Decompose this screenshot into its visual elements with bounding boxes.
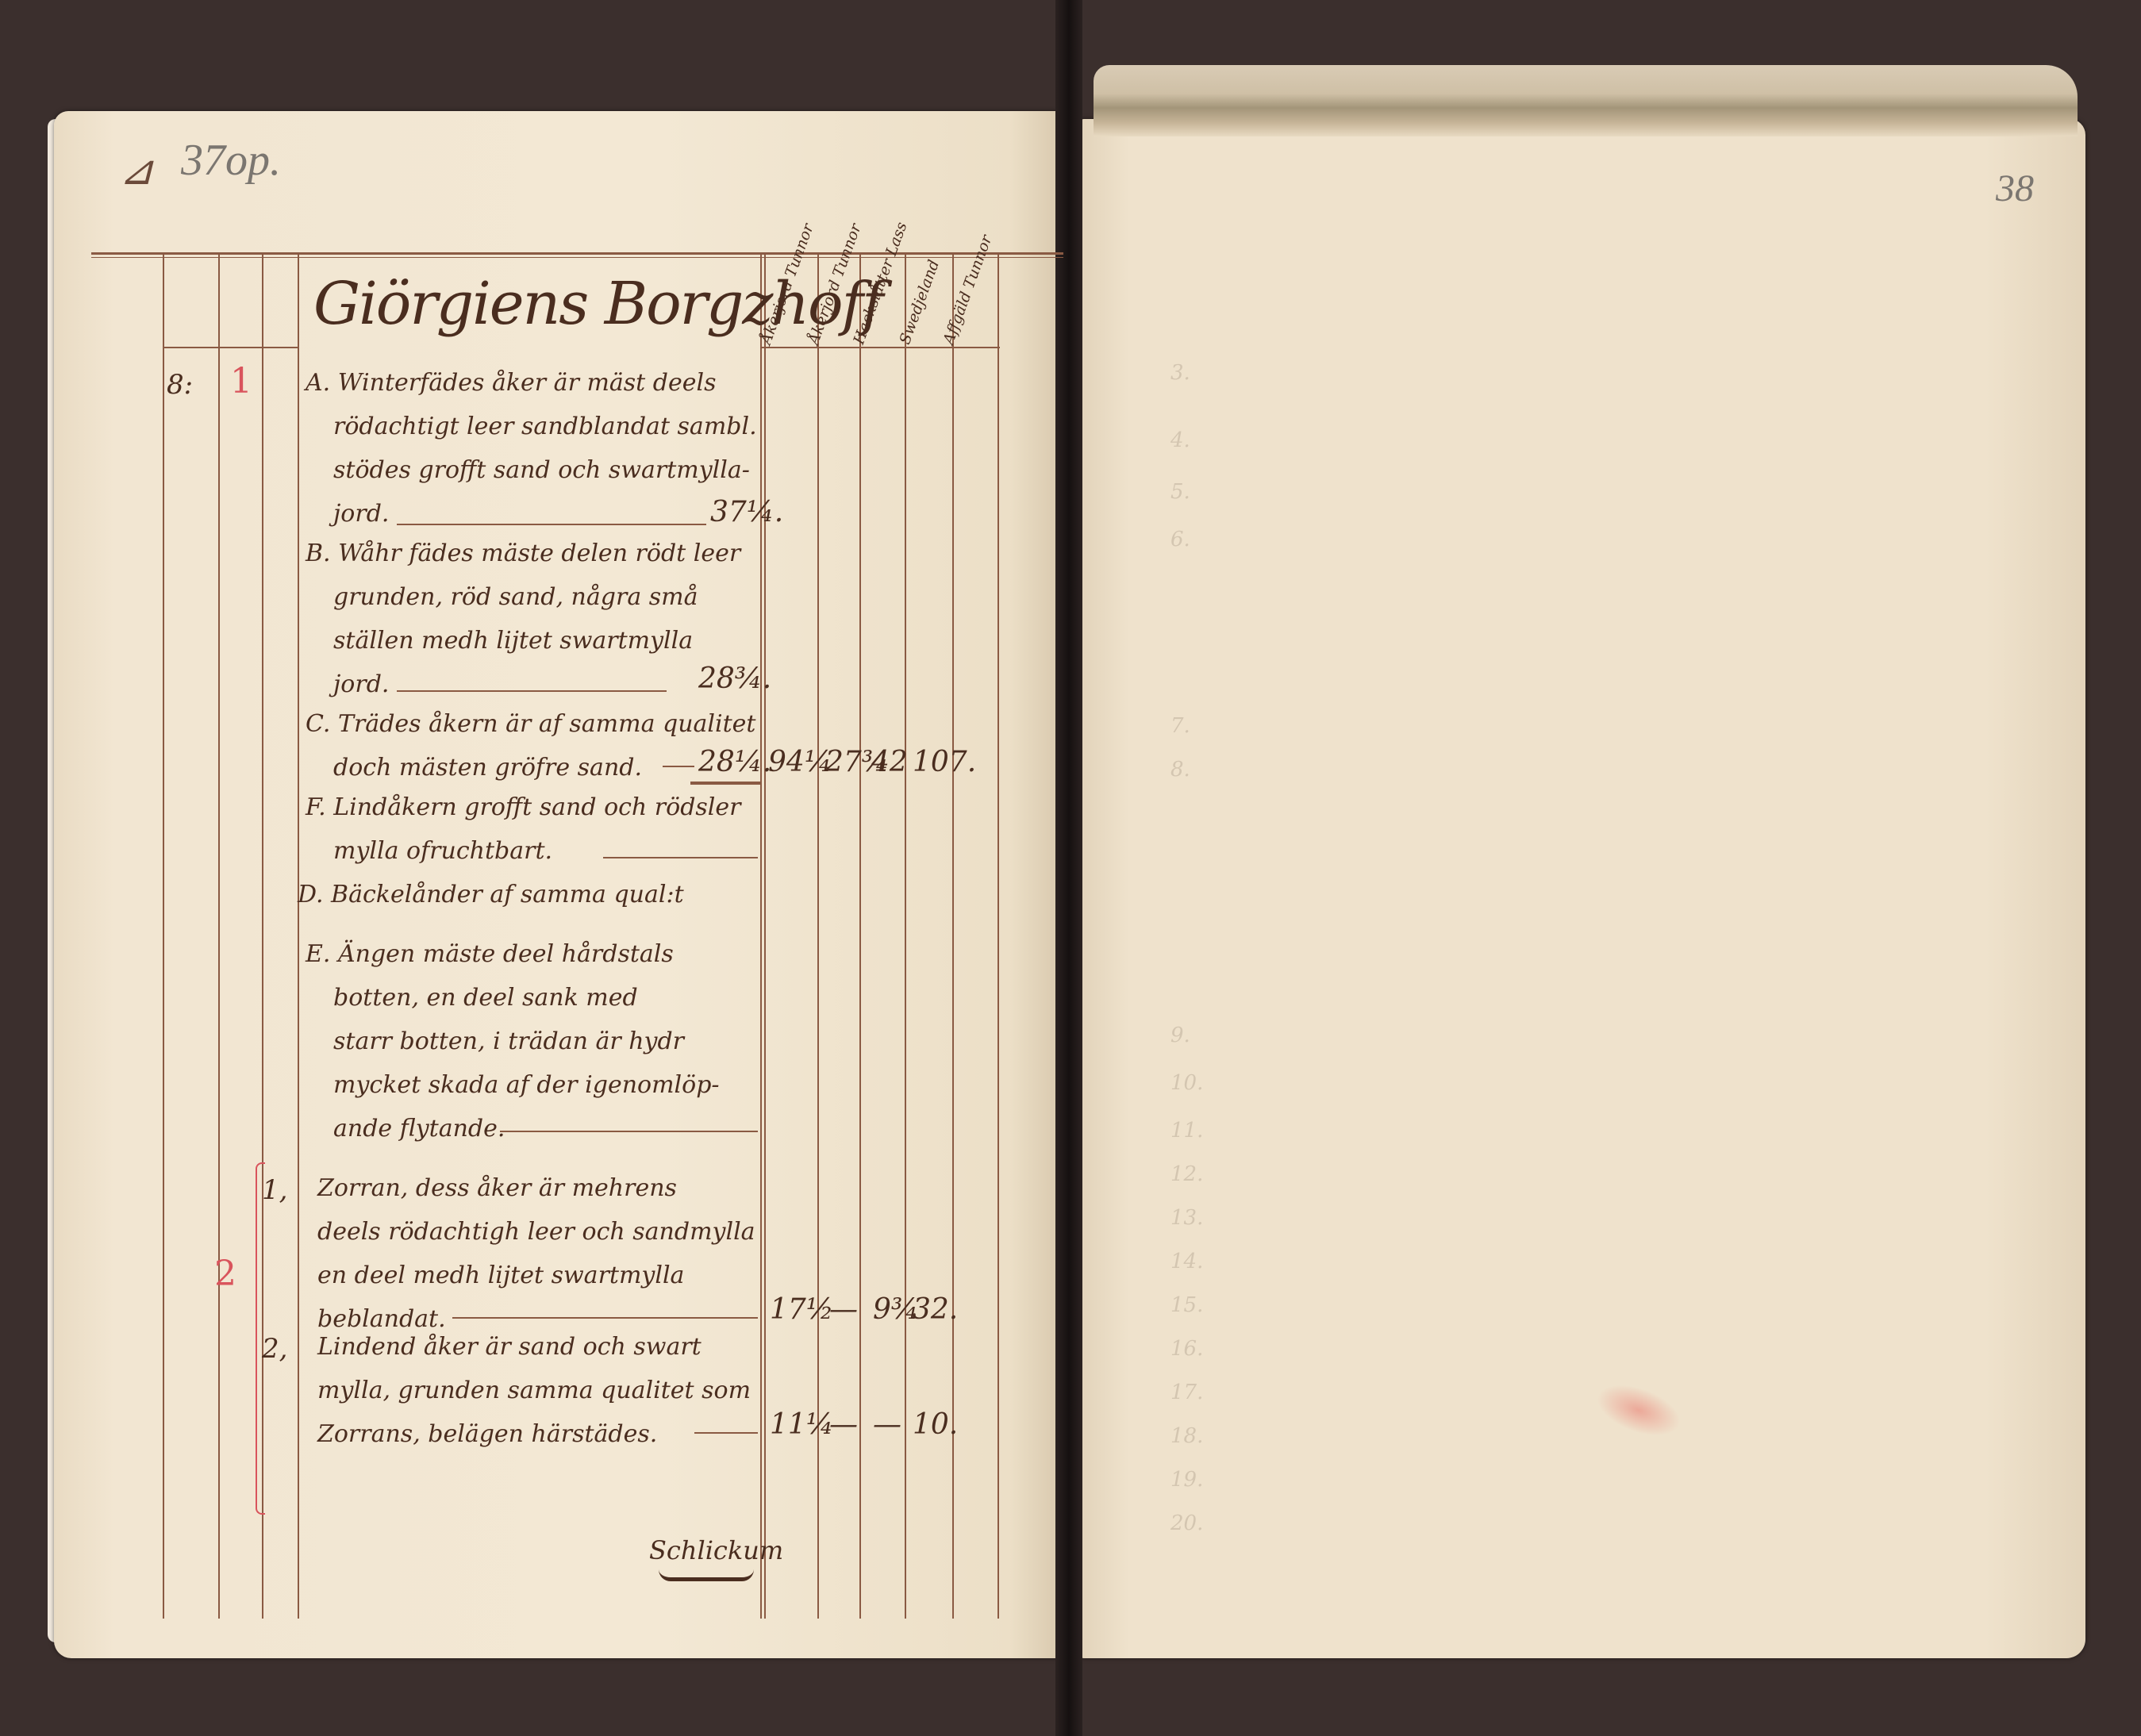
- total-col-1: 11¼: [770, 1408, 834, 1441]
- sub-entry-1-line: deels rödachtigh leer och sandmylla: [317, 1218, 755, 1246]
- bleed-through-text: 20.: [1170, 1511, 1203, 1535]
- entry-leader: [603, 857, 758, 858]
- total-col-3: 42: [871, 746, 908, 778]
- entry-b-line: B. Wåhr fädes mäste delen rödt leer: [306, 540, 740, 567]
- bleed-through-text: 13.: [1170, 1206, 1203, 1230]
- sub-entry-1-line: en deel medh lijtet swartmylla: [317, 1262, 684, 1289]
- entry-c-value: 28¼.: [698, 746, 771, 778]
- entry-d-line: D. Bäckelånder af samma qual:t: [298, 881, 684, 908]
- red-section-number: 1: [230, 361, 252, 401]
- bleed-through-text: 4.: [1170, 428, 1190, 452]
- entry-leader: [397, 690, 667, 692]
- sum-underline: [690, 782, 762, 785]
- entry-f-line: mylla ofruchtbart.: [333, 837, 552, 865]
- bleed-through-text: 18.: [1170, 1424, 1203, 1448]
- entry-f-line: F. Lindåkern grofft sand och rödsler: [306, 793, 740, 821]
- sub-entry-2-line: Zorrans, belägen härstädes.: [317, 1420, 657, 1448]
- column-rule: [859, 254, 861, 1619]
- entry-a-value: 37¼.: [710, 496, 783, 528]
- entry-a-line: A. Winterfädes åker är mäst deels: [306, 369, 716, 397]
- total-col-2: —: [829, 1293, 858, 1326]
- entry-leader: [694, 1432, 758, 1434]
- total-col-1: 17½: [770, 1293, 834, 1326]
- top-rule-inner: [91, 257, 1063, 258]
- column-rule: [298, 254, 299, 1619]
- total-col-3: —: [873, 1408, 901, 1441]
- entry-a-line: jord.: [333, 500, 389, 528]
- entry-leader: [452, 1317, 758, 1319]
- bleed-through-text: 9.: [1170, 1024, 1190, 1047]
- bleed-through-text: 8.: [1170, 758, 1190, 782]
- bleed-through-text: 19.: [1170, 1468, 1203, 1492]
- entry-e-line: E. Ängen mäste deel hårdstals: [306, 940, 674, 968]
- pencil-folio-note: 37op.: [181, 135, 281, 186]
- signature-flourish: [659, 1569, 754, 1581]
- bleed-through-text: 10.: [1170, 1071, 1203, 1095]
- entry-b-line: grunden, röd sand, några små: [333, 583, 698, 611]
- header-rule-left: [163, 347, 298, 348]
- book-spine: [1055, 0, 1082, 1736]
- bleed-through-text: 7.: [1170, 714, 1190, 738]
- bleed-through-text: 15.: [1170, 1293, 1203, 1317]
- bleed-through-text: 12.: [1170, 1162, 1203, 1186]
- entry-a-line: rödachtigt leer sandblandat sambl.: [333, 413, 757, 440]
- entry-e-line: starr botten, i trädan är hydr: [333, 1027, 684, 1055]
- column-rule: [997, 254, 999, 1619]
- column-rule: [760, 254, 762, 1619]
- red-section-number: 2: [214, 1254, 236, 1294]
- total-col-4: 32.: [913, 1293, 958, 1326]
- entry-leader: [397, 524, 706, 525]
- entry-b-value: 28¾.: [698, 663, 771, 695]
- entry-leader: [663, 766, 694, 767]
- total-col-1: 94¼: [768, 746, 832, 778]
- right-page-stack-edge: [1094, 65, 2078, 136]
- bleed-through-text: 17.: [1170, 1381, 1203, 1404]
- entry-e-line: mycket skada af der igenomlöp-: [333, 1071, 720, 1099]
- entry-b-line: ställen medh lijtet swartmylla: [333, 627, 693, 655]
- entry-e-line: ande flytande.: [333, 1115, 505, 1143]
- sub-entry-number: 2,: [262, 1333, 287, 1365]
- sub-entry-1-line: Zorran, dess åker är mehrens: [317, 1174, 677, 1202]
- row-marker: 8:: [167, 369, 193, 401]
- bleed-through-text: 11.: [1170, 1119, 1203, 1143]
- total-col-2: —: [829, 1408, 858, 1441]
- column-rule: [163, 254, 164, 1619]
- pencil-mark: ⊿: [119, 147, 154, 194]
- sub-entry-number: 1,: [262, 1174, 287, 1206]
- page-number: 38: [1996, 167, 2034, 210]
- right-page: [1079, 119, 2085, 1658]
- sub-entry-2-line: Lindend åker är sand och swart: [317, 1333, 701, 1361]
- signature: Schlickum: [649, 1535, 783, 1565]
- column-rule: [905, 254, 906, 1619]
- entry-e-line: botten, en deel sank med: [333, 984, 638, 1012]
- bleed-through-text: 14.: [1170, 1250, 1203, 1273]
- sub-entry-1-line: beblandat.: [317, 1305, 446, 1333]
- top-rule: [91, 252, 1063, 255]
- column-rule: [218, 254, 220, 1619]
- total-col-4: 107.: [913, 746, 976, 778]
- bleed-through-text: 16.: [1170, 1337, 1203, 1361]
- header-rule-right: [762, 347, 1000, 348]
- column-rule: [764, 254, 766, 1619]
- bleed-through-text: 6.: [1170, 528, 1190, 551]
- entry-leader: [500, 1131, 758, 1132]
- sub-entry-2-line: mylla, grunden samma qualitet som: [317, 1377, 751, 1404]
- entry-b-line: jord.: [333, 670, 389, 698]
- entry-c-line: C. Trädes åkern är af samma qualitet: [306, 710, 755, 738]
- bleed-through-text: 5.: [1170, 480, 1190, 504]
- bleed-through-text: 3.: [1170, 361, 1190, 385]
- total-col-4: 10.: [913, 1408, 958, 1441]
- entry-c-line: doch mästen gröfre sand.: [333, 754, 642, 782]
- entry-a-line: stödes grofft sand och swartmylla-: [333, 456, 750, 484]
